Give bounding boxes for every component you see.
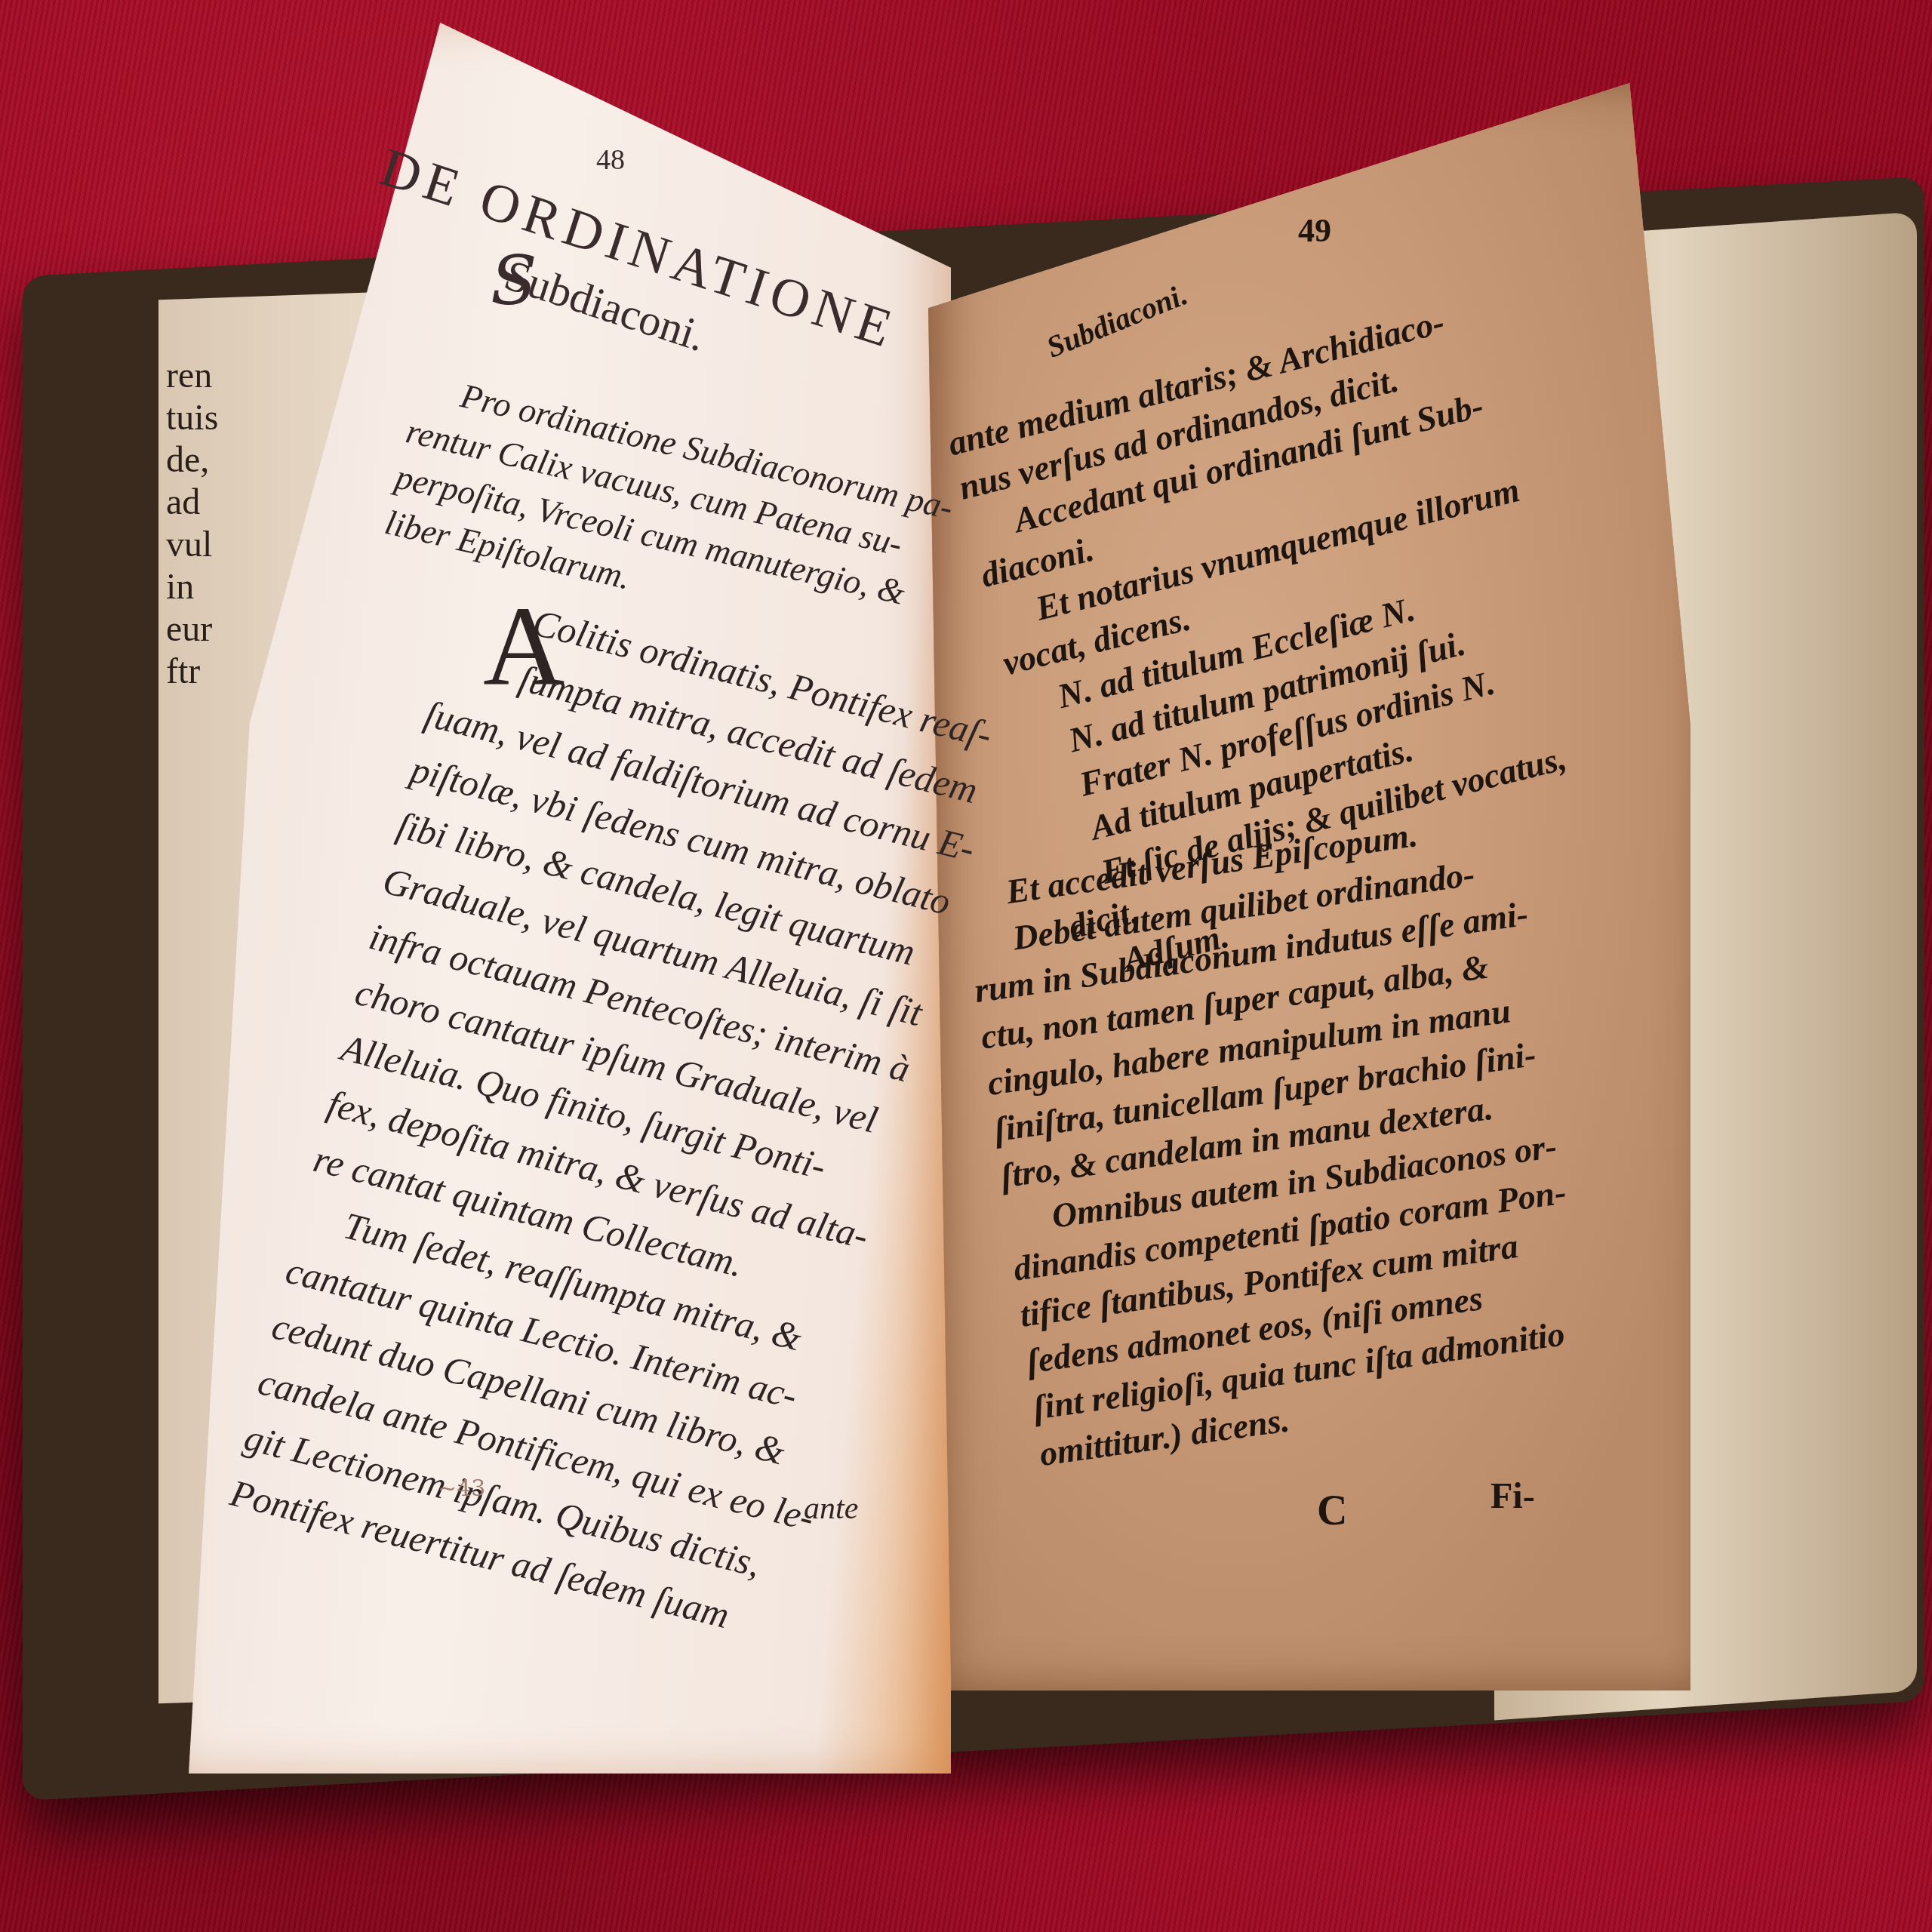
right-catchword: Fi- — [1491, 1475, 1535, 1517]
underlying-line: ren — [166, 355, 218, 397]
underlying-line: in — [166, 566, 218, 608]
underlying-line: ad — [166, 481, 218, 524]
ornamental-s-glyph: S — [491, 241, 537, 321]
underlying-line: ftr — [166, 651, 218, 693]
left-page-number: 48 — [596, 143, 625, 177]
underlying-line: eur — [166, 608, 218, 651]
right-page-body-bottom: Et accedit verſus Epiſcopum. Debet autem… — [958, 798, 1596, 1478]
margin-mark: ~43 — [438, 1475, 485, 1502]
underlying-line: de, — [166, 439, 218, 481]
underlying-page-text: ren tuis de, ad vul in eur ftr — [166, 355, 218, 693]
underlying-line: vul — [166, 524, 218, 566]
signature-mark: C — [1317, 1487, 1347, 1535]
right-page-number: 49 — [1298, 211, 1331, 250]
left-catchword: ante — [804, 1491, 858, 1527]
underlying-line: tuis — [166, 397, 218, 439]
